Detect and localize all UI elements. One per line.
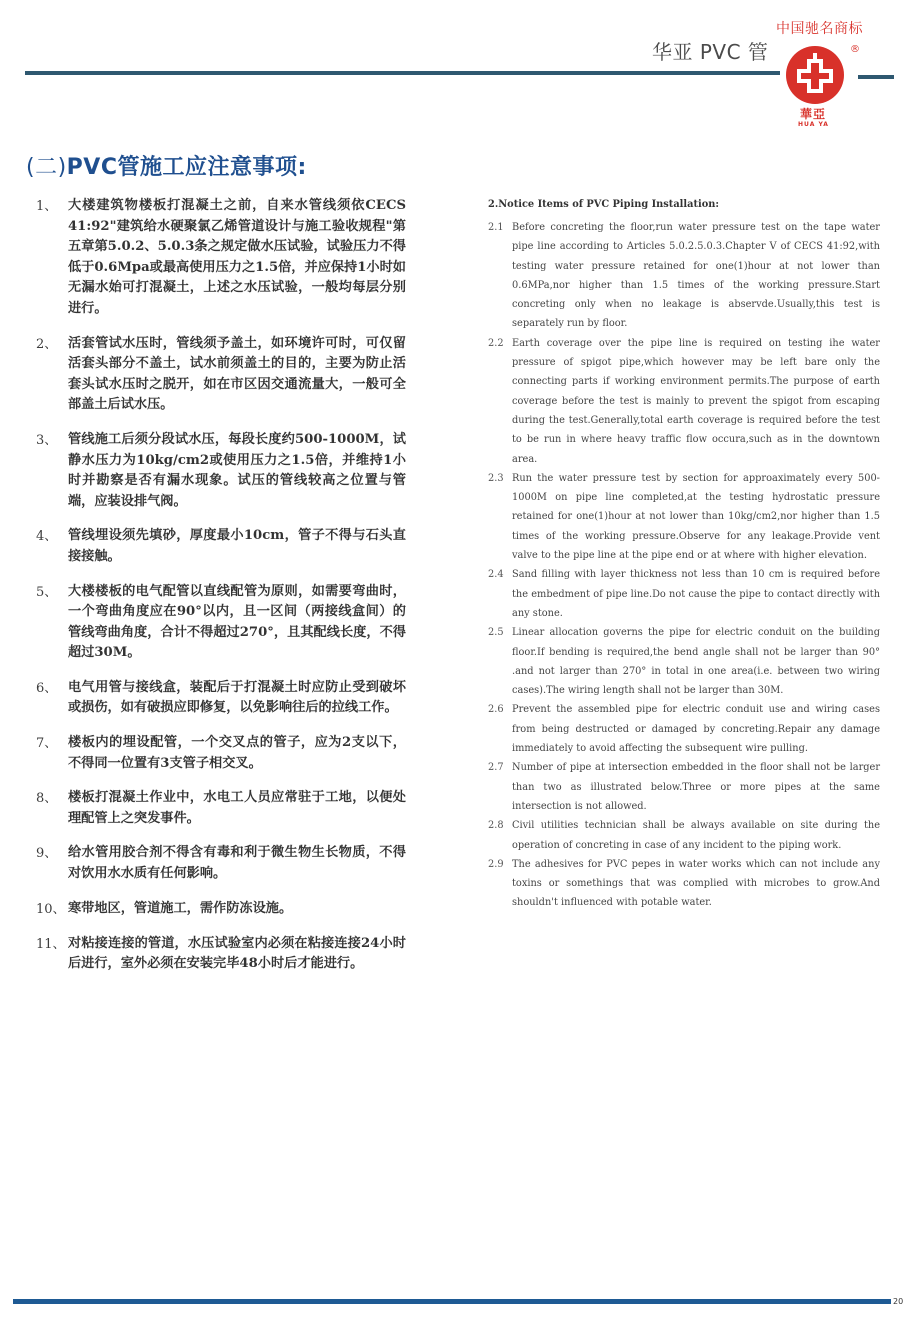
list-item: 2.8Civil utilities technician shall be a… [488,816,880,855]
list-item: 2、活套管试水压时，管线须予盖土，如环境许可时，可仅留活套头部分不盖土，试水前须… [36,334,406,416]
item-number: 2.2 [488,334,512,469]
brand-title: 华亚 PVC 管 [652,36,768,65]
list-item: 6、电气用管与接线盒，装配后于打混凝土时应防止受到破坏或损伤，如有破损应即修复，… [36,678,406,719]
item-number: 6、 [36,678,68,719]
item-number: 2.4 [488,565,512,623]
logo-cn-name: 華亞 [800,105,826,122]
huaya-logo-icon [785,45,845,105]
header-divider-right [858,75,894,79]
list-item: 2.3Run the water pressure test by sectio… [488,469,880,565]
item-number: 2.5 [488,623,512,700]
cn-notice-list: 1、大楼建筑物楼板打混凝土之前，自来水管线须依CECS 41:92"建筑给水硬聚… [36,196,406,989]
en-notice-list: 2.1Before concreting the floor,run water… [488,218,880,913]
item-text: 管线施工后须分段试水压，每段长度约500-1000M，试静水压力为10kg/cm… [68,430,406,512]
item-text: Number of pipe at intersection embedded … [512,758,880,816]
list-item: 10、寒带地区，管道施工，需作防冻设施。 [36,899,406,920]
list-item: 2.6Prevent the assembled pipe for electr… [488,700,880,758]
list-item: 2.1Before concreting the floor,run water… [488,218,880,334]
item-text: 楼板内的埋设配管，一个交叉点的管子，应为2支以下，不得同一位置有3支管子相交叉。 [68,733,406,774]
item-number: 2.9 [488,855,512,913]
list-item: 2.7Number of pipe at intersection embedd… [488,758,880,816]
section-title-text: PVC管施工应注意事项: [67,155,307,180]
list-item: 2.9The adhesives for PVC pepes in water … [488,855,880,913]
list-item: 2.4Sand filling with layer thickness not… [488,565,880,623]
footer-divider [13,1299,891,1304]
item-number: 9、 [36,843,68,884]
section-title-number: (二) [26,155,67,180]
logo-en-name: HUA YA [798,121,829,128]
section-title: (二)PVC管施工应注意事项: [26,150,307,181]
page-number: 20 [893,1297,903,1306]
item-text: Civil utilities technician shall be alwa… [512,816,880,855]
list-item: 4、管线埋设须先填砂，厚度最小10cm，管子不得与石头直接接触。 [36,526,406,567]
item-text: 对粘接连接的管道，水压试验室内必须在粘接连接24小时后进行，室外必须在安装完毕4… [68,934,406,975]
registered-mark: ® [850,44,860,55]
list-item: 2.5Linear allocation governs the pipe fo… [488,623,880,700]
item-number: 2、 [36,334,68,416]
item-text: Run the water pressure test by section f… [512,469,880,565]
item-number: 10、 [36,899,68,920]
item-text: The adhesives for PVC pepes in water wor… [512,855,880,913]
list-item: 8、楼板打混凝土作业中，水电工人员应常驻于工地，以便处理配管上之突发事件。 [36,788,406,829]
item-text: Earth coverage over the pipe line is req… [512,334,880,469]
item-text: Before concreting the floor,run water pr… [512,218,880,334]
item-text: 楼板打混凝土作业中，水电工人员应常驻于工地，以便处理配管上之突发事件。 [68,788,406,829]
item-number: 2.1 [488,218,512,334]
list-item: 9、给水管用胶合剂不得含有毒和利于微生物生长物质，不得对饮用水水质有任何影响。 [36,843,406,884]
header-divider-left [25,71,780,75]
item-text: 电气用管与接线盒，装配后于打混凝土时应防止受到破坏或损伤，如有破损应即修复，以免… [68,678,406,719]
trademark-label: 中国驰名商标 [776,18,863,38]
list-item: 11、对粘接连接的管道，水压试验室内必须在粘接连接24小时后进行，室外必须在安装… [36,934,406,975]
item-number: 2.6 [488,700,512,758]
item-number: 8、 [36,788,68,829]
item-number: 2.7 [488,758,512,816]
item-text: Linear allocation governs the pipe for e… [512,623,880,700]
list-item: 2.2Earth coverage over the pipe line is … [488,334,880,469]
item-number: 2.8 [488,816,512,855]
item-text: 活套管试水压时，管线须予盖土，如环境许可时，可仅留活套头部分不盖土，试水前须盖土… [68,334,406,416]
item-text: 大楼建筑物楼板打混凝土之前，自来水管线须依CECS 41:92"建筑给水硬聚氯乙… [68,196,406,320]
item-number: 3、 [36,430,68,512]
item-text: 大楼楼板的电气配管以直线配管为原则，如需要弯曲时，一个弯曲角度应在90°以内，且… [68,582,406,664]
list-item: 7、楼板内的埋设配管，一个交叉点的管子，应为2支以下，不得同一位置有3支管子相交… [36,733,406,774]
item-number: 5、 [36,582,68,664]
item-text: 寒带地区，管道施工，需作防冻设施。 [68,899,406,920]
item-number: 4、 [36,526,68,567]
item-number: 1、 [36,196,68,320]
item-text: 给水管用胶合剂不得含有毒和利于微生物生长物质，不得对饮用水水质有任何影响。 [68,843,406,884]
item-text: 管线埋设须先填砂，厚度最小10cm，管子不得与石头直接接触。 [68,526,406,567]
list-item: 3、管线施工后须分段试水压，每段长度约500-1000M，试静水压力为10kg/… [36,430,406,512]
list-item: 1、大楼建筑物楼板打混凝土之前，自来水管线须依CECS 41:92"建筑给水硬聚… [36,196,406,320]
en-section-title: 2.Notice Items of PVC Piping Installatio… [488,199,719,210]
item-text: Prevent the assembled pipe for electric … [512,700,880,758]
item-number: 2.3 [488,469,512,565]
item-text: Sand filling with layer thickness not le… [512,565,880,623]
list-item: 5、大楼楼板的电气配管以直线配管为原则，如需要弯曲时，一个弯曲角度应在90°以内… [36,582,406,664]
item-number: 7、 [36,733,68,774]
item-number: 11、 [36,934,68,975]
